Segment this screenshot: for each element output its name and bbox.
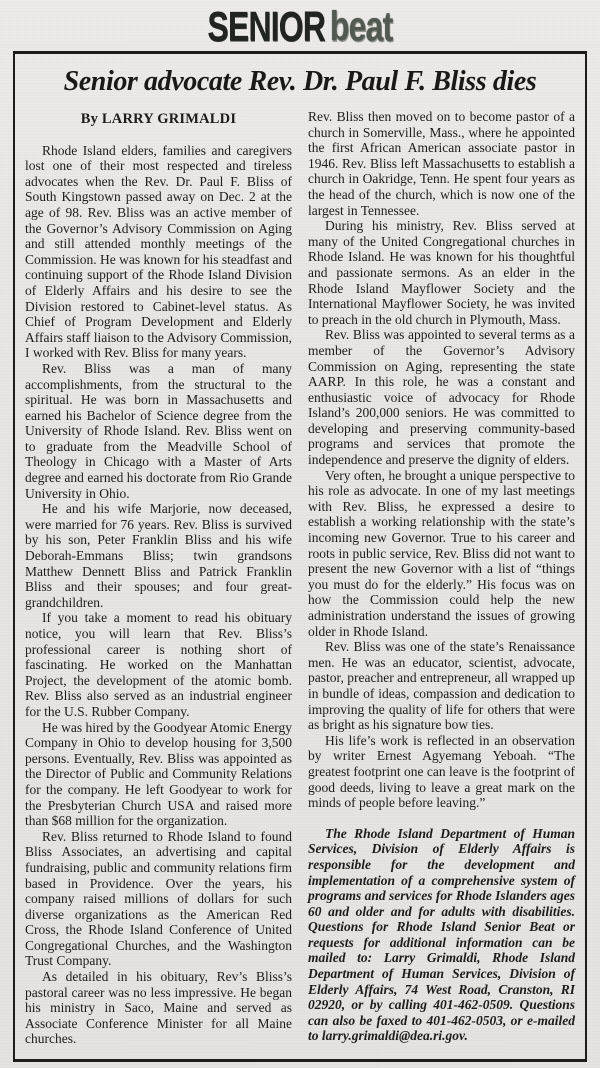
section-masthead: SENIORbeat <box>0 4 600 48</box>
masthead-word-beat: beat <box>330 4 392 50</box>
masthead-word-senior: SENIOR <box>207 4 325 50</box>
paragraph: Rev. Bliss was appointed to several term… <box>308 327 575 467</box>
paragraph: Rev. Bliss was a man of many accomplishm… <box>25 361 292 501</box>
paragraph: Rev. Bliss then moved on to become pasto… <box>308 109 575 218</box>
paragraph: Rhode Island elders, families and caregi… <box>25 143 292 361</box>
article-columns: By LARRY GRIMALDI Rhode Island elders, f… <box>25 109 575 1047</box>
paragraph: He was hired by the Goodyear Atomic Ener… <box>25 720 292 829</box>
right-column: Rev. Bliss then moved on to become pasto… <box>308 109 575 1047</box>
editorial-footer-note: The Rhode Island Department of Human Ser… <box>308 826 575 1044</box>
article-box: Senior advocate Rev. Dr. Paul F. Bliss d… <box>13 51 587 1062</box>
paragraph: Rev. Bliss was one of the state’s Renais… <box>308 639 575 733</box>
paragraph: He and his wife Marjorie, now deceased, … <box>25 501 292 610</box>
paragraph: His life’s work is reflected in an obser… <box>308 733 575 811</box>
byline: By LARRY GRIMALDI <box>25 112 292 128</box>
masthead-text: SENIORbeat <box>207 4 392 52</box>
paragraph: During his ministry, Rev. Bliss served a… <box>308 218 575 327</box>
left-column: By LARRY GRIMALDI Rhode Island elders, f… <box>25 109 292 1047</box>
article-headline: Senior advocate Rev. Dr. Paul F. Bliss d… <box>25 65 575 99</box>
paragraph: Very often, he brought a unique perspect… <box>308 468 575 640</box>
paragraph: As detailed in his obituary, Rev’s Bliss… <box>25 969 292 1047</box>
paragraph: If you take a moment to read his obituar… <box>25 610 292 719</box>
paragraph: Rev. Bliss returned to Rhode Island to f… <box>25 829 292 969</box>
